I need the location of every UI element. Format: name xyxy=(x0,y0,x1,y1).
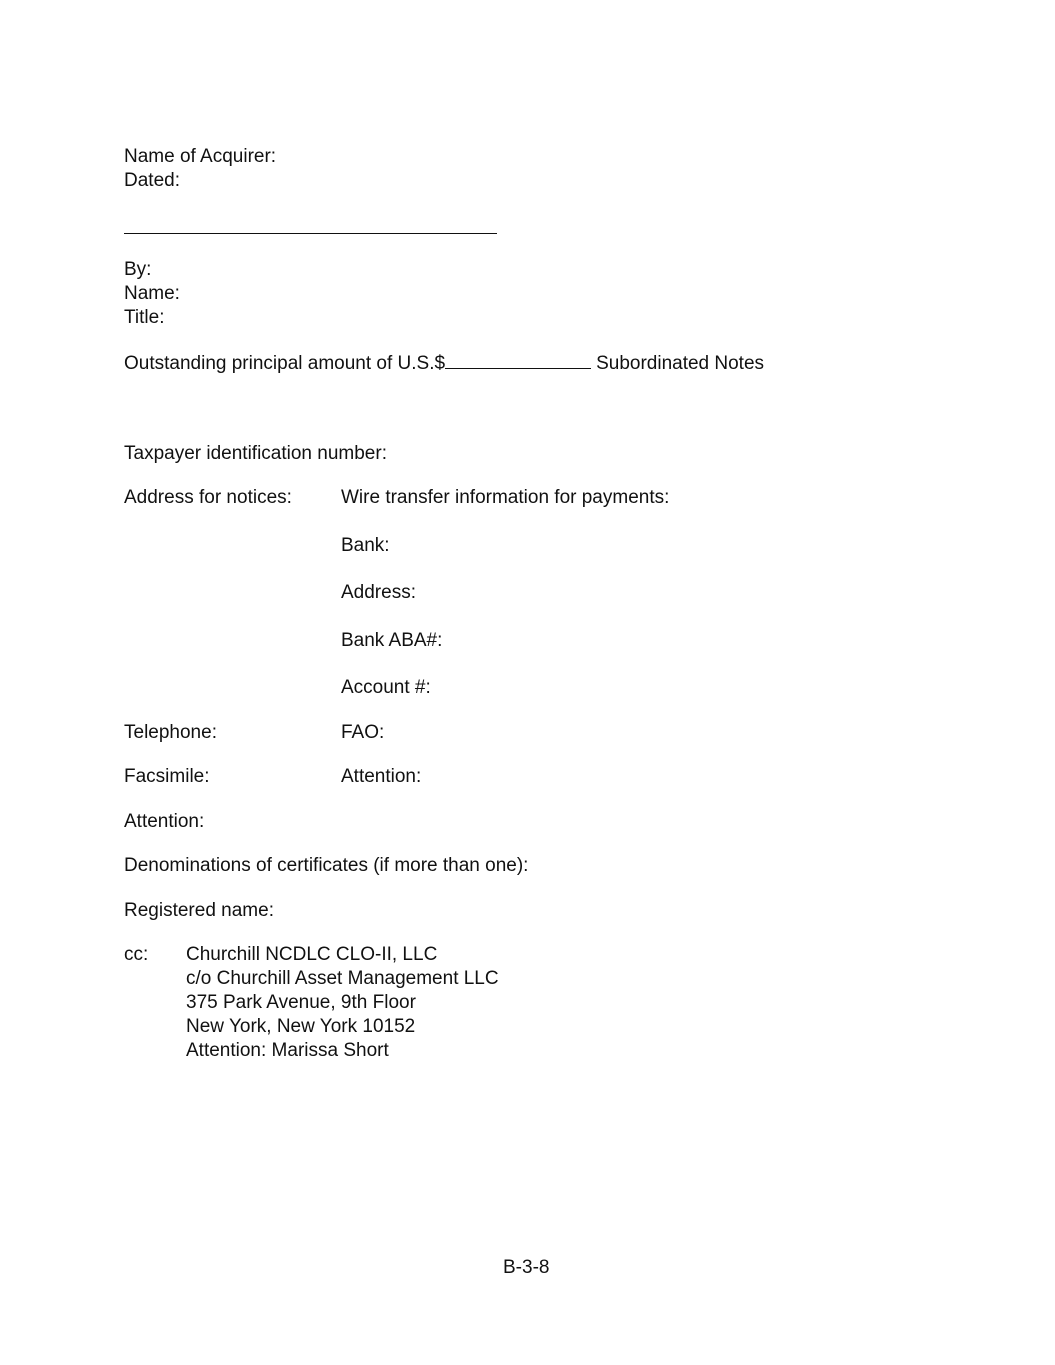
dated-label: Dated: xyxy=(124,169,180,193)
taxpayer-id-label: Taxpayer identification number: xyxy=(124,442,387,466)
cc-line: c/o Churchill Asset Management LLC xyxy=(186,967,499,991)
wire-attention-label: Attention: xyxy=(341,765,421,789)
bank-address-label: Address: xyxy=(341,581,416,605)
principal-prefix: Outstanding principal amount of U.S.$ xyxy=(124,353,445,374)
principal-amount-line: Outstanding principal amount of U.S.$Sub… xyxy=(124,350,764,376)
title-label: Title: xyxy=(124,306,164,330)
cc-line: Churchill NCDLC CLO-II, LLC xyxy=(186,943,499,967)
signature-line xyxy=(124,233,497,234)
principal-amount-blank xyxy=(445,350,591,369)
fao-label: FAO: xyxy=(341,721,384,745)
registered-name-label: Registered name: xyxy=(124,899,274,923)
notices-attention-label: Attention: xyxy=(124,810,204,834)
page-number: B-3-8 xyxy=(503,1256,549,1280)
cc-line: New York, New York 10152 xyxy=(186,1015,499,1039)
name-label: Name: xyxy=(124,282,180,306)
telephone-label: Telephone: xyxy=(124,721,217,745)
address-notices-label: Address for notices: xyxy=(124,486,292,510)
cc-label: cc: xyxy=(124,943,148,967)
account-number-label: Account #: xyxy=(341,676,431,700)
bank-label: Bank: xyxy=(341,534,390,558)
principal-suffix: Subordinated Notes xyxy=(596,353,764,374)
wire-transfer-heading: Wire transfer information for payments: xyxy=(341,486,669,510)
by-label: By: xyxy=(124,258,151,282)
denominations-label: Denominations of certificates (if more t… xyxy=(124,854,528,878)
bank-aba-label: Bank ABA#: xyxy=(341,629,442,653)
cc-line: Attention: Marissa Short xyxy=(186,1039,499,1063)
facsimile-label: Facsimile: xyxy=(124,765,210,789)
cc-address-block: Churchill NCDLC CLO-II, LLC c/o Churchil… xyxy=(186,943,499,1063)
acquirer-label: Name of Acquirer: xyxy=(124,145,276,169)
cc-line: 375 Park Avenue, 9th Floor xyxy=(186,991,499,1015)
